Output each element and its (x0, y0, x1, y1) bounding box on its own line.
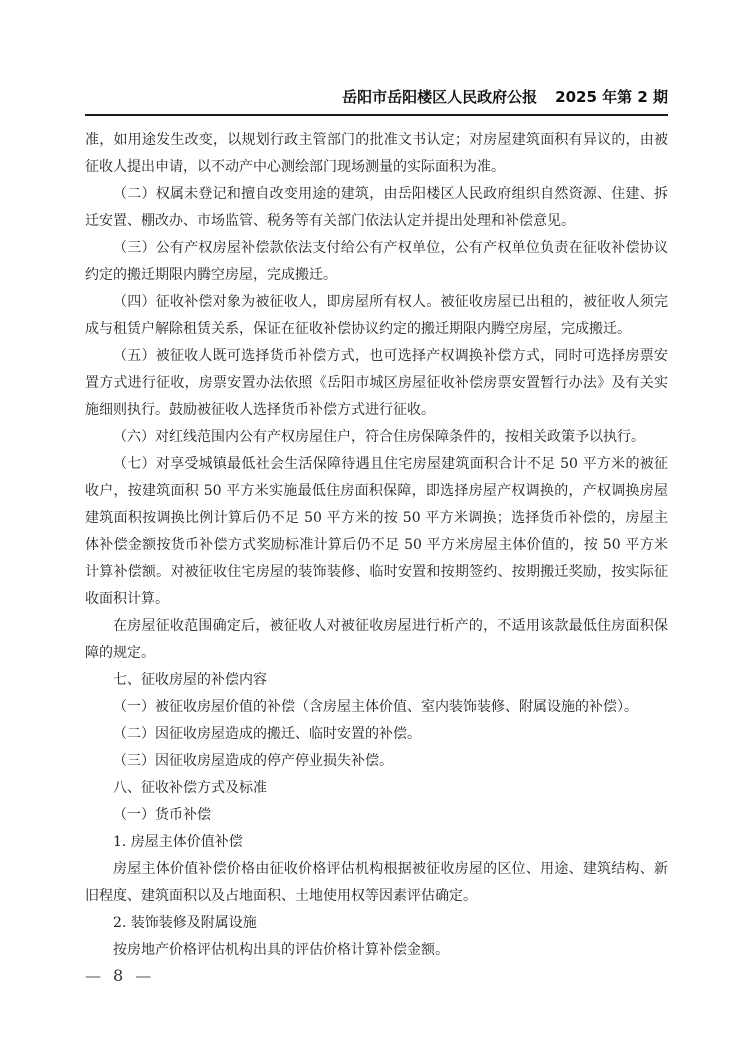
footer-dash-right: — (135, 966, 151, 985)
page-number: 8 (113, 966, 123, 985)
paragraph: （五）被征收人既可选择货币补偿方式，也可选择产权调换补偿方式，同时可选择房票安置… (85, 343, 668, 424)
section-heading-8: 八、征收补偿方式及标准 (85, 775, 668, 802)
paragraph: （二）因征收房屋造成的搬迁、临时安置的补偿。 (85, 721, 668, 748)
gazette-title: 岳阳市岳阳楼区人民政府公报 (342, 88, 537, 106)
page-content: 岳阳市岳阳楼区人民政府公报2025 年第 2 期 准，如用途发生改变，以规划行政… (85, 86, 668, 964)
paragraph: 按房地产价格评估机构出具的评估价格计算补偿金额。 (85, 937, 668, 964)
paragraph: 准，如用途发生改变，以规划行政主管部门的批准文书认定；对房屋建筑面积有异议的，由… (85, 127, 668, 181)
item-heading: 1. 房屋主体价值补偿 (85, 829, 668, 856)
paragraph: （一）被征收房屋价值的补偿（含房屋主体价值、室内装饰装修、附属设施的补偿）。 (85, 694, 668, 721)
page-footer: —8— (85, 966, 151, 985)
paragraph: 房屋主体价值补偿价格由征收价格评估机构根据被征收房屋的区位、用途、建筑结构、新旧… (85, 856, 668, 910)
paragraph: （二）权属未登记和擅自改变用途的建筑，由岳阳楼区人民政府组织自然资源、住建、拆迁… (85, 181, 668, 235)
paragraph: 在房屋征收范围确定后，被征收人对被征收房屋进行析产的，不适用该款最低住房面积保障… (85, 613, 668, 667)
running-header: 岳阳市岳阳楼区人民政府公报2025 年第 2 期 (85, 86, 668, 116)
paragraph: （六）对红线范围内公有产权房屋住户，符合住房保障条件的，按相关政策予以执行。 (85, 424, 668, 451)
paragraph: （三）因征收房屋造成的停产停业损失补偿。 (85, 748, 668, 775)
footer-dash-left: — (85, 966, 101, 985)
paragraph: （三）公有产权房屋补偿款依法支付给公有产权单位，公有产权单位负责在征收补偿协议约… (85, 235, 668, 289)
document-body: 准，如用途发生改变，以规划行政主管部门的批准文书认定；对房屋建筑面积有异议的，由… (85, 127, 668, 964)
paragraph: （四）征收补偿对象为被征收人，即房屋所有权人。被征收房屋已出租的，被征收人须完成… (85, 289, 668, 343)
section-heading-7: 七、征收房屋的补偿内容 (85, 667, 668, 694)
item-heading: 2. 装饰装修及附属设施 (85, 910, 668, 937)
paragraph: （七）对享受城镇最低社会生活保障待遇且住宅房屋建筑面积合计不足 50 平方米的被… (85, 451, 668, 613)
subsection-heading: （一）货币补偿 (85, 802, 668, 829)
gazette-page: 岳阳市岳阳楼区人民政府公报2025 年第 2 期 准，如用途发生改变，以规划行政… (0, 0, 750, 1061)
gazette-issue: 2025 年第 2 期 (555, 88, 668, 106)
